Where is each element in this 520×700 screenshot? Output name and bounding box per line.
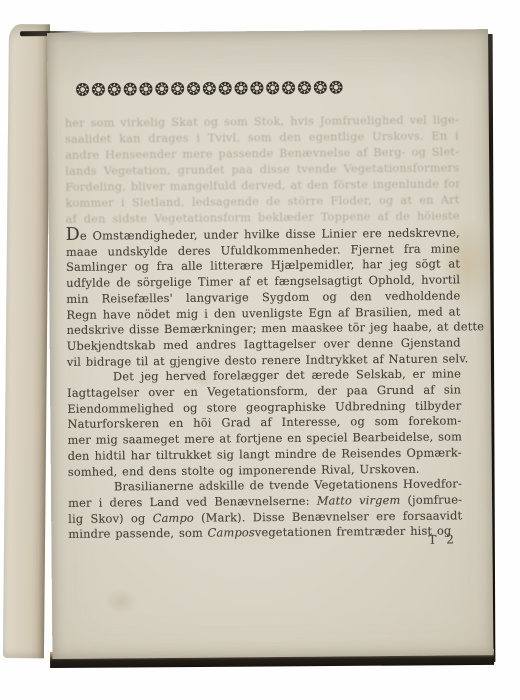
signature-mark: T 2: [428, 532, 457, 546]
book-page: ❂❂❂❂❂❂❂❂❂❂❂❂❂❂❂❂❂ her som virkelig Skat …: [47, 29, 493, 659]
bleedthrough-text: her som virkelig Skat og som Stok, hvis …: [65, 112, 460, 227]
rosette-ornament-row: ❂❂❂❂❂❂❂❂❂❂❂❂❂❂❂❂❂: [75, 79, 405, 100]
text-line: mindre passende, som Camposvegetationen …: [68, 524, 462, 543]
paper-stain: [104, 588, 138, 614]
book-cover-edge: [3, 24, 50, 658]
text-block: De Omstændigheder, under hvilke disse Li…: [66, 225, 463, 542]
